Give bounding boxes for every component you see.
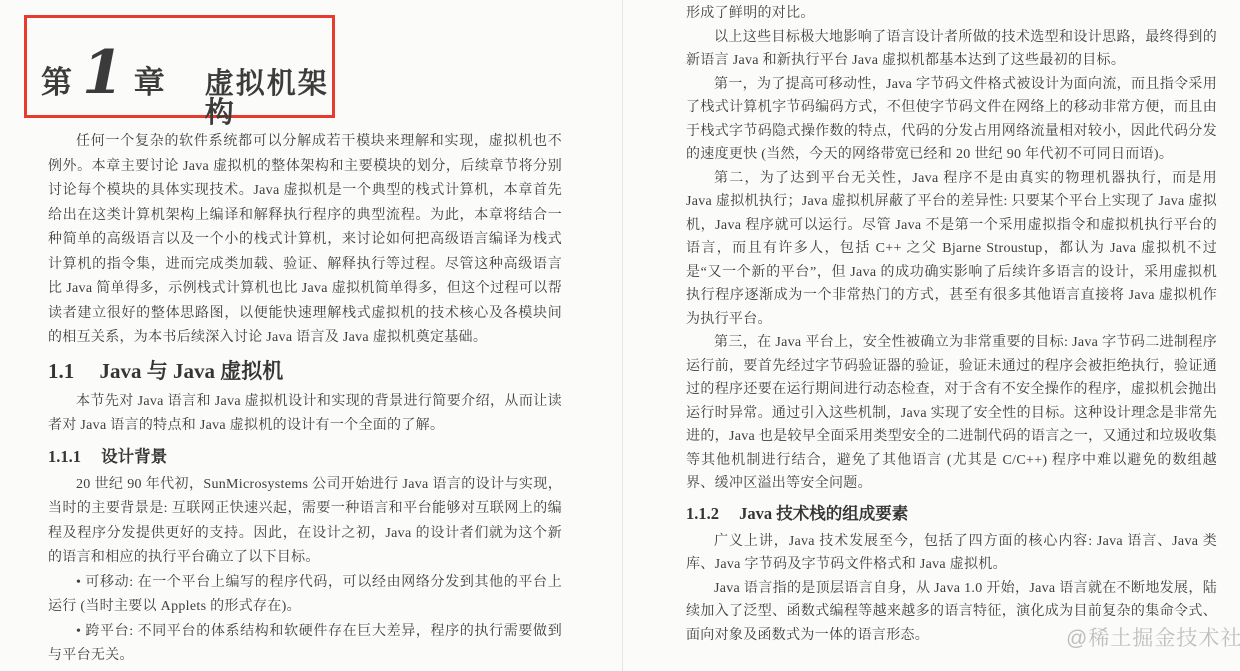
chapter-title-box: 第 1 章 虚拟机架构 (24, 15, 335, 118)
design-background-paragraph: 20 世纪 90 年代初，SunMicrosystems 公司开始进行 Java… (48, 473, 562, 571)
section-1-1-1-title: 设计背景 (101, 447, 167, 466)
continuation-paragraph: 形成了鲜明的对比。 (686, 2, 1217, 26)
third-point-paragraph: 第三，在 Java 平台上，安全性被确立为非常重要的目标: Java 字节码二进… (686, 331, 1217, 496)
chapter-number: 1 (82, 48, 124, 99)
right-page-column: 形成了鲜明的对比。 以上这些目标极大地影响了语言设计者所做的技术选型和设计思路，… (686, 2, 1217, 671)
book-page-spread: 第 1 章 虚拟机架构 任何一个复杂的软件系统都可以分解成若干模块来理解和实现，… (0, 0, 1240, 671)
section-1-1-intro-paragraph: 本节先对 Java 语言和 Java 虚拟机设计和实现的背景进行简要介绍，从而让… (48, 390, 562, 439)
chapter-label-prefix: 第 (41, 67, 72, 98)
left-page-column: 任何一个复杂的软件系统都可以分解成若干模块来理解和实现，虚拟机也不例外。本章主要… (48, 130, 562, 671)
second-point-paragraph: 第二，为了达到平台无关性，Java 程序不是由真实的物理机器执行，而是用 Jav… (686, 167, 1217, 332)
watermark: @稀土掘金技术社区 (1066, 622, 1240, 652)
first-point-paragraph: 第一，为了提高可移动性，Java 字节码文件格式被设计为面向流，而且指令采用了栈… (686, 73, 1217, 167)
section-heading-1-1-1: 1.1.1 设计背景 (48, 447, 562, 467)
section-1-1-2-number: 1.1.2 (686, 504, 719, 523)
page-gutter-divider (622, 0, 623, 671)
chapter-intro-paragraph: 任何一个复杂的软件系统都可以分解成若干模块来理解和实现，虚拟机也不例外。本章主要… (48, 130, 562, 351)
section-1-1-1-number: 1.1.1 (48, 447, 81, 466)
section-heading-1-1-2: 1.1.2 Java 技术栈的组成要素 (686, 504, 1217, 524)
section-heading-1-1: 1.1 Java 与 Java 虚拟机 (48, 359, 562, 384)
bullet-item-portable: • 可移动: 在一个平台上编写的程序代码，可以经由网络分发到其他的平台上运行 (… (48, 571, 562, 620)
chapter-label-suffix: 章 (134, 67, 165, 98)
goals-summary-paragraph: 以上这些目标极大地影响了语言设计者所做的技术选型和设计思路，最终得到的新语言 J… (686, 26, 1217, 73)
java-stack-overview-paragraph: 广义上讲，Java 技术发展至今，包括了四方面的核心内容: Java 语言、Ja… (686, 530, 1217, 577)
section-1-1-title: Java 与 Java 虚拟机 (100, 359, 284, 383)
section-1-1-number: 1.1 (48, 359, 74, 383)
bullet-item-cross-platform: • 跨平台: 不同平台的体系结构和软硬件存在巨大差异，程序的执行需要做到与平台无… (48, 620, 562, 669)
chapter-title: 虚拟机架构 (205, 70, 332, 128)
section-1-1-2-title: Java 技术栈的组成要素 (739, 504, 908, 523)
